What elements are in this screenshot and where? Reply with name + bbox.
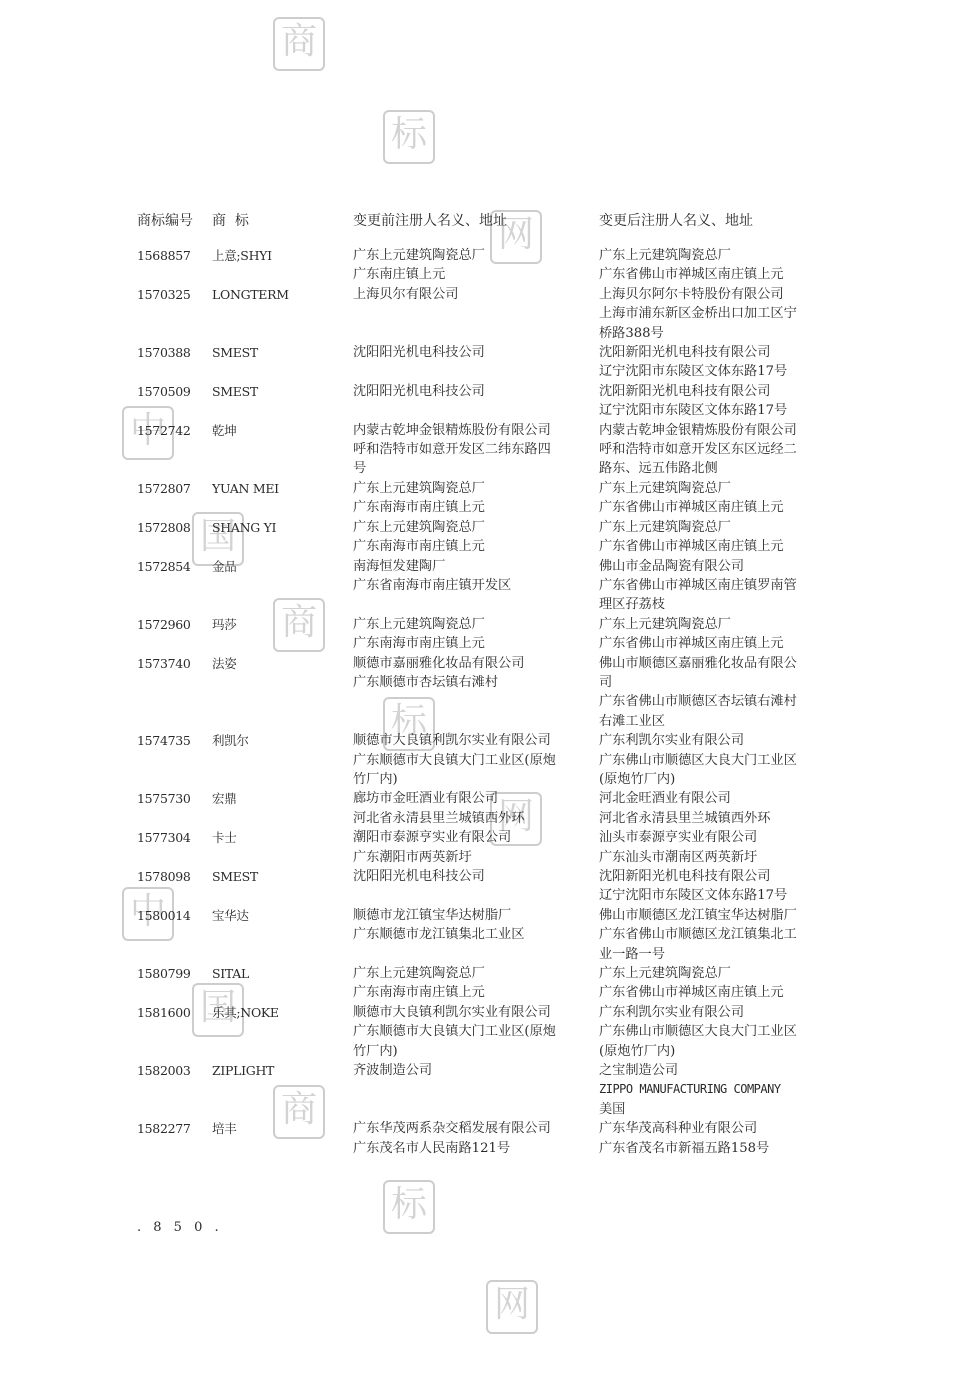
watermark-glyph: 网 [486, 1280, 538, 1334]
before-line: 广东顺德市大良镇大门工业区(原炮 [353, 1022, 599, 1041]
after-line: 佛山市金品陶瓷有限公司 [599, 557, 829, 576]
registrant-after: 广东上元建筑陶瓷总厂广东省佛山市禅城区南庄镇上元 [599, 615, 829, 654]
table-row: 1581600乐其;NOKE顺德市大良镇利凯尔实业有限公司广东顺德市大良镇大门工… [137, 1003, 837, 1061]
registrant-before: 广东上元建筑陶瓷总厂广东南庄镇上元 [353, 246, 599, 285]
trademark-number: 1582003 [137, 1061, 212, 1119]
after-line: 桥路388号 [599, 324, 829, 343]
table-row: 1572807YUAN MEI广东上元建筑陶瓷总厂广东南海市南庄镇上元广东上元建… [137, 479, 837, 518]
header-trademark: 商 标 [212, 212, 249, 231]
trademark-name: ZIPLIGHT [212, 1061, 353, 1119]
registrant-before: 顺德市嘉丽雅化妆品有限公司广东顺德市杏坛镇右滩村 [353, 654, 599, 732]
table-row: 1570509SMEST沈阳阳光机电科技公司沈阳新阳光机电科技有限公司辽宁沈阳市… [137, 382, 837, 421]
table-row: 1573740法姿顺德市嘉丽雅化妆品有限公司广东顺德市杏坛镇右滩村佛山市顺德区嘉… [137, 654, 837, 732]
before-line: 潮阳市泰源亨实业有限公司 [353, 828, 599, 847]
before-line: 呼和浩特市如意开发区二纬东路四 [353, 440, 599, 459]
trademark-number: 1577304 [137, 828, 212, 867]
before-line: 广东南海市南庄镇上元 [353, 634, 599, 653]
registrant-before: 南海恒发建陶厂广东省南海市南庄镇开发区 [353, 557, 599, 615]
after-line: 沈阳新阳光机电科技有限公司 [599, 382, 829, 401]
trademark-number: 1578098 [137, 867, 212, 906]
after-line: 广东省佛山市禅城区南庄镇罗南管 [599, 576, 829, 595]
registrant-after: 汕头市泰源亨实业有限公司广东汕头市潮南区两英新圩 [599, 828, 829, 867]
trademark-number: 1572960 [137, 615, 212, 654]
trademark-name: SITAL [212, 964, 353, 1003]
trademark-name: 卡士 [212, 828, 353, 867]
trademark-name: 乐其;NOKE [212, 1003, 353, 1061]
registrant-after: 广东华茂高科种业有限公司广东省茂名市新福五路158号 [599, 1119, 829, 1158]
trademark-name: 培丰 [212, 1119, 353, 1158]
after-line: 广东上元建筑陶瓷总厂 [599, 615, 829, 634]
registrant-after: 广东上元建筑陶瓷总厂广东省佛山市禅城区南庄镇上元 [599, 479, 829, 518]
before-line: 号 [353, 459, 599, 478]
after-line: 司 [599, 673, 829, 692]
after-line: 美国 [599, 1100, 829, 1119]
table-row: 1570325LONGTERM上海贝尔有限公司上海贝尔阿尔卡特股份有限公司上海市… [137, 285, 837, 343]
trademark-number: 1582277 [137, 1119, 212, 1158]
after-line: 广东省佛山市禅城区南庄镇上元 [599, 498, 829, 517]
trademark-name: 法姿 [212, 654, 353, 732]
registrant-before: 内蒙古乾坤金银精炼股份有限公司呼和浩特市如意开发区二纬东路四号 [353, 421, 599, 479]
after-line: 佛山市顺德区嘉丽雅化妆品有限公 [599, 654, 829, 673]
registrant-after: 之宝制造公司ZIPPO MANUFACTURING COMPANY美国 [599, 1061, 829, 1119]
before-line: 南海恒发建陶厂 [353, 557, 599, 576]
trademark-number: 1570509 [137, 382, 212, 421]
trademark-name: SHANG YI [212, 518, 353, 557]
before-line: 上海贝尔有限公司 [353, 285, 599, 304]
before-line: 广东省南海市南庄镇开发区 [353, 576, 599, 595]
trademark-number: 1572808 [137, 518, 212, 557]
registrant-before: 沈阳阳光机电科技公司 [353, 382, 599, 421]
before-line: 广东上元建筑陶瓷总厂 [353, 246, 599, 265]
watermark-glyph: 商 [273, 17, 325, 71]
before-line: 广东上元建筑陶瓷总厂 [353, 518, 599, 537]
watermark-glyph: 标 [383, 110, 435, 164]
trademark-number: 1572742 [137, 421, 212, 479]
after-line: 上海市浦东新区金桥出口加工区宁 [599, 304, 829, 323]
after-line: 右滩工业区 [599, 712, 829, 731]
before-line: 齐波制造公司 [353, 1061, 599, 1080]
after-line: 广东上元建筑陶瓷总厂 [599, 964, 829, 983]
registrant-before: 沈阳阳光机电科技公司 [353, 867, 599, 906]
after-line: 广东省佛山市禅城区南庄镇上元 [599, 537, 829, 556]
table-row: 1572742乾坤内蒙古乾坤金银精炼股份有限公司呼和浩特市如意开发区二纬东路四号… [137, 421, 837, 479]
after-line: 内蒙古乾坤金银精炼股份有限公司 [599, 421, 829, 440]
after-line: 广东利凯尔实业有限公司 [599, 1003, 829, 1022]
change-table: 1568857上意;SHYI广东上元建筑陶瓷总厂广东南庄镇上元广东上元建筑陶瓷总… [137, 246, 837, 1158]
after-line: 沈阳新阳光机电科技有限公司 [599, 867, 829, 886]
before-line: 广东潮阳市两英新圩 [353, 848, 599, 867]
after-line: 广东上元建筑陶瓷总厂 [599, 479, 829, 498]
registrant-after: 佛山市金品陶瓷有限公司广东省佛山市禅城区南庄镇罗南管理区孖荔枝 [599, 557, 829, 615]
table-row: 1582003ZIPLIGHT齐波制造公司之宝制造公司ZIPPO MANUFAC… [137, 1061, 837, 1119]
before-line: 广东上元建筑陶瓷总厂 [353, 615, 599, 634]
trademark-number: 1572854 [137, 557, 212, 615]
registrant-after: 内蒙古乾坤金银精炼股份有限公司呼和浩特市如意开发区东区远经二路东、远五伟路北侧 [599, 421, 829, 479]
registrant-after: 广东上元建筑陶瓷总厂广东省佛山市禅城区南庄镇上元 [599, 964, 829, 1003]
registrant-after: 上海贝尔阿尔卡特股份有限公司上海市浦东新区金桥出口加工区宁桥路388号 [599, 285, 829, 343]
before-line: 广东顺德市大良镇大门工业区(原炮 [353, 751, 599, 770]
after-line: 河北金旺酒业有限公司 [599, 789, 829, 808]
after-line: 广东利凯尔实业有限公司 [599, 731, 829, 750]
before-line: 竹厂内) [353, 1042, 599, 1061]
before-line: 沈阳阳光机电科技公司 [353, 867, 599, 886]
before-line: 沈阳阳光机电科技公司 [353, 343, 599, 362]
after-line: 广东佛山市顺德区大良大门工业区 [599, 751, 829, 770]
table-row: 1572808SHANG YI广东上元建筑陶瓷总厂广东南海市南庄镇上元广东上元建… [137, 518, 837, 557]
table-row: 1570388SMEST沈阳阳光机电科技公司沈阳新阳光机电科技有限公司辽宁沈阳市… [137, 343, 837, 382]
trademark-number: 1575730 [137, 789, 212, 828]
after-line: 沈阳新阳光机电科技有限公司 [599, 343, 829, 362]
trademark-name: 宏鼎 [212, 789, 353, 828]
table-row: 1575730宏鼎廊坊市金旺酒业有限公司河北省永清县里兰城镇西外环河北金旺酒业有… [137, 789, 837, 828]
registrant-before: 顺德市大良镇利凯尔实业有限公司广东顺德市大良镇大门工业区(原炮竹厂内) [353, 1003, 599, 1061]
after-line: 业一路一号 [599, 945, 829, 964]
trademark-name: SMEST [212, 382, 353, 421]
before-line: 广东顺德市龙江镇集北工业区 [353, 925, 599, 944]
trademark-number: 1580014 [137, 906, 212, 964]
table-row: 1577304卡士潮阳市泰源亨实业有限公司广东潮阳市两英新圩汕头市泰源亨实业有限… [137, 828, 837, 867]
before-line: 广东上元建筑陶瓷总厂 [353, 964, 599, 983]
table-row: 1580799SITAL广东上元建筑陶瓷总厂广东南海市南庄镇上元广东上元建筑陶瓷… [137, 964, 837, 1003]
registrant-before: 广东上元建筑陶瓷总厂广东南海市南庄镇上元 [353, 964, 599, 1003]
after-line: 广东省佛山市顺德区杏坛镇右滩村 [599, 692, 829, 711]
header-trademark-number: 商标编号 [137, 212, 193, 231]
table-row: 1580014宝华达顺德市龙江镇宝华达树脂厂广东顺德市龙江镇集北工业区佛山市顺德… [137, 906, 837, 964]
registrant-after: 广东利凯尔实业有限公司广东佛山市顺德区大良大门工业区(原炮竹厂内) [599, 731, 829, 789]
before-line: 广东南海市南庄镇上元 [353, 498, 599, 517]
after-line: 汕头市泰源亨实业有限公司 [599, 828, 829, 847]
after-line: (原炮竹厂内) [599, 1042, 829, 1061]
registrant-after: 沈阳新阳光机电科技有限公司辽宁沈阳市东陵区文体东路17号 [599, 382, 829, 421]
before-line: 顺德市大良镇利凯尔实业有限公司 [353, 1003, 599, 1022]
before-line: 河北省永清县里兰城镇西外环 [353, 809, 599, 828]
before-line: 顺德市龙江镇宝华达树脂厂 [353, 906, 599, 925]
before-line: 竹厂内) [353, 770, 599, 789]
table-row: 1574735利凯尔顺德市大良镇利凯尔实业有限公司广东顺德市大良镇大门工业区(原… [137, 731, 837, 789]
registrant-before: 齐波制造公司 [353, 1061, 599, 1119]
after-line: 广东省佛山市禅城区南庄镇上元 [599, 265, 829, 284]
registrant-before: 广东上元建筑陶瓷总厂广东南海市南庄镇上元 [353, 518, 599, 557]
trademark-name: SMEST [212, 867, 353, 906]
trademark-name: 玛莎 [212, 615, 353, 654]
after-line: 广东佛山市顺德区大良大门工业区 [599, 1022, 829, 1041]
registrant-after: 佛山市顺德区嘉丽雅化妆品有限公司广东省佛山市顺德区杏坛镇右滩村右滩工业区 [599, 654, 829, 732]
after-line: 广东华茂高科种业有限公司 [599, 1119, 829, 1138]
trademark-number: 1581600 [137, 1003, 212, 1061]
after-line: 呼和浩特市如意开发区东区远经二 [599, 440, 829, 459]
registrant-before: 潮阳市泰源亨实业有限公司广东潮阳市两英新圩 [353, 828, 599, 867]
after-line: 广东上元建筑陶瓷总厂 [599, 246, 829, 265]
before-line: 廊坊市金旺酒业有限公司 [353, 789, 599, 808]
watermark-glyph: 标 [383, 1180, 435, 1234]
trademark-name: YUAN MEI [212, 479, 353, 518]
trademark-name: 利凯尔 [212, 731, 353, 789]
registrant-after: 广东上元建筑陶瓷总厂广东省佛山市禅城区南庄镇上元 [599, 518, 829, 557]
trademark-name: 上意;SHYI [212, 246, 353, 285]
after-line: 之宝制造公司 [599, 1061, 829, 1080]
registrant-after: 沈阳新阳光机电科技有限公司辽宁沈阳市东陵区文体东路17号 [599, 343, 829, 382]
after-line: 上海贝尔阿尔卡特股份有限公司 [599, 285, 829, 304]
after-line: 广东汕头市潮南区两英新圩 [599, 848, 829, 867]
before-line: 广东南海市南庄镇上元 [353, 983, 599, 1002]
trademark-number: 1570325 [137, 285, 212, 343]
document-page: 商标网中国商标网中国商标网 商标编号 商 标 变更前注册人名义、地址 变更后注册… [0, 0, 980, 1400]
after-line: 辽宁沈阳市东陵区文体东路17号 [599, 886, 829, 905]
trademark-name: SMEST [212, 343, 353, 382]
registrant-before: 顺德市龙江镇宝华达树脂厂广东顺德市龙江镇集北工业区 [353, 906, 599, 964]
registrant-before: 沈阳阳光机电科技公司 [353, 343, 599, 382]
header-after-change: 变更后注册人名义、地址 [599, 212, 753, 231]
after-line: 河北省永清县里兰城镇西外环 [599, 809, 829, 828]
after-line: 广东省佛山市禅城区南庄镇上元 [599, 983, 829, 1002]
trademark-number: 1573740 [137, 654, 212, 732]
after-line: 路东、远五伟路北侧 [599, 459, 829, 478]
registrant-after: 佛山市顺德区龙江镇宝华达树脂厂广东省佛山市顺德区龙江镇集北工业一路一号 [599, 906, 829, 964]
before-line: 广东华茂两系杂交稻发展有限公司 [353, 1119, 599, 1138]
before-line: 沈阳阳光机电科技公司 [353, 382, 599, 401]
before-line: 顺德市嘉丽雅化妆品有限公司 [353, 654, 599, 673]
trademark-number: 1574735 [137, 731, 212, 789]
trademark-number: 1580799 [137, 964, 212, 1003]
after-line: 辽宁沈阳市东陵区文体东路17号 [599, 362, 829, 381]
registrant-before: 顺德市大良镇利凯尔实业有限公司广东顺德市大良镇大门工业区(原炮竹厂内) [353, 731, 599, 789]
table-row: 1582277培丰广东华茂两系杂交稻发展有限公司广东茂名市人民南路121号广东华… [137, 1119, 837, 1158]
after-line: (原炮竹厂内) [599, 770, 829, 789]
registrant-before: 广东上元建筑陶瓷总厂广东南海市南庄镇上元 [353, 479, 599, 518]
header-before-change: 变更前注册人名义、地址 [353, 212, 507, 231]
trademark-name: LONGTERM [212, 285, 353, 343]
after-line: 广东省佛山市禅城区南庄镇上元 [599, 634, 829, 653]
trademark-number: 1570388 [137, 343, 212, 382]
registrant-before: 广东华茂两系杂交稻发展有限公司广东茂名市人民南路121号 [353, 1119, 599, 1158]
before-line: 广东茂名市人民南路121号 [353, 1139, 599, 1158]
after-line: ZIPPO MANUFACTURING COMPANY [599, 1080, 829, 1099]
after-line: 广东省佛山市顺德区龙江镇集北工 [599, 925, 829, 944]
before-line: 广东顺德市杏坛镇右滩村 [353, 673, 599, 692]
table-row: 1568857上意;SHYI广东上元建筑陶瓷总厂广东南庄镇上元广东上元建筑陶瓷总… [137, 246, 837, 285]
trademark-number: 1568857 [137, 246, 212, 285]
before-line: 广东南庄镇上元 [353, 265, 599, 284]
page-number: . 8 5 0 . [137, 1220, 223, 1235]
before-line: 广东上元建筑陶瓷总厂 [353, 479, 599, 498]
trademark-name: 宝华达 [212, 906, 353, 964]
registrant-after: 广东上元建筑陶瓷总厂广东省佛山市禅城区南庄镇上元 [599, 246, 829, 285]
registrant-after: 河北金旺酒业有限公司河北省永清县里兰城镇西外环 [599, 789, 829, 828]
after-line: 理区孖荔枝 [599, 595, 829, 614]
after-line: 辽宁沈阳市东陵区文体东路17号 [599, 401, 829, 420]
table-row: 1578098SMEST沈阳阳光机电科技公司沈阳新阳光机电科技有限公司辽宁沈阳市… [137, 867, 837, 906]
before-line: 广东南海市南庄镇上元 [353, 537, 599, 556]
after-line: 广东省茂名市新福五路158号 [599, 1139, 829, 1158]
after-line: 广东上元建筑陶瓷总厂 [599, 518, 829, 537]
registrant-after: 广东利凯尔实业有限公司广东佛山市顺德区大良大门工业区(原炮竹厂内) [599, 1003, 829, 1061]
registrant-before: 上海贝尔有限公司 [353, 285, 599, 343]
trademark-number: 1572807 [137, 479, 212, 518]
trademark-name: 乾坤 [212, 421, 353, 479]
trademark-name: 金品 [212, 557, 353, 615]
table-row: 1572854金品南海恒发建陶厂广东省南海市南庄镇开发区佛山市金品陶瓷有限公司广… [137, 557, 837, 615]
registrant-before: 广东上元建筑陶瓷总厂广东南海市南庄镇上元 [353, 615, 599, 654]
table-row: 1572960玛莎广东上元建筑陶瓷总厂广东南海市南庄镇上元广东上元建筑陶瓷总厂广… [137, 615, 837, 654]
before-line: 内蒙古乾坤金银精炼股份有限公司 [353, 421, 599, 440]
before-line: 顺德市大良镇利凯尔实业有限公司 [353, 731, 599, 750]
registrant-before: 廊坊市金旺酒业有限公司河北省永清县里兰城镇西外环 [353, 789, 599, 828]
registrant-after: 沈阳新阳光机电科技有限公司辽宁沈阳市东陵区文体东路17号 [599, 867, 829, 906]
after-line: 佛山市顺德区龙江镇宝华达树脂厂 [599, 906, 829, 925]
